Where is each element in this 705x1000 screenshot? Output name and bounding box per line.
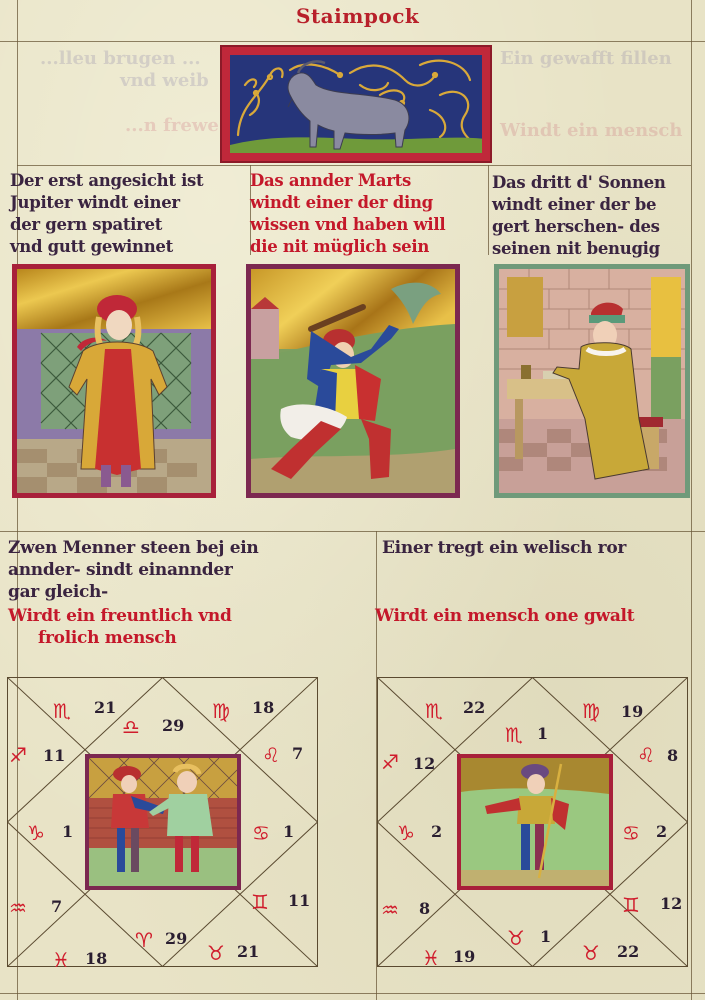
caption-line: Zwen Menner steen bej ein (8, 537, 258, 559)
zodiac-sign: ♓ (52, 950, 70, 970)
show-through-text: vnd weib (120, 70, 209, 91)
zodiac-sign: ♌ (262, 745, 280, 765)
house-degree: 1 (62, 823, 73, 841)
prognosis-line: frolich mensch (8, 627, 232, 649)
caption-line: windt einer der be (492, 194, 666, 216)
mars-caption: Das annder Marts windt einer der ding wi… (250, 170, 445, 258)
zodiac-sign: ♉ (582, 943, 600, 963)
caption-line: annder- sindt einannder (8, 559, 258, 581)
house-degree: 29 (162, 717, 184, 735)
zodiac-sign: ♏ (53, 701, 71, 721)
show-through-text: ...lleu brugen ... (40, 48, 201, 69)
right-section-caption: Einer tregt ein welisch ror (382, 537, 626, 559)
rule-panel-top (17, 165, 691, 166)
zodiac-sign: ♍ (212, 701, 230, 721)
manuscript-page: ...lleu brugen ... vnd weib ...n frewe E… (0, 0, 705, 1000)
zodiac-sign: ♉ (207, 943, 225, 963)
left-horoscope-chart: ♏ 21 ♎ 29 ♍ 18 ♐ 11 ♌ 7 ♑ 1 ♋ 1 ♒ 7 ♊ 11… (7, 677, 318, 967)
zodiac-sign: ♐ (381, 752, 399, 772)
right-section-prognosis: Wirdt ein mensch one gwalt (375, 605, 634, 627)
zodiac-sign: ♑ (397, 823, 415, 843)
zodiac-sign: ♏ (505, 725, 523, 745)
rule-panel-sep-2 (488, 165, 489, 255)
house-degree: 19 (621, 703, 643, 721)
house-degree: 2 (656, 823, 667, 841)
zodiac-sign: ♋ (252, 823, 270, 843)
caption-line: wissen vnd haben will (250, 214, 445, 236)
show-through-text: Ein gewafft fillen (500, 48, 672, 69)
house-degree: 21 (94, 699, 116, 717)
zodiac-sign: ♎ (122, 717, 140, 737)
right-horoscope-illustration (457, 754, 613, 890)
sun-illustration (494, 264, 690, 498)
zodiac-sign: ♊ (622, 895, 640, 915)
caption-line: windt einer der ding (250, 192, 445, 214)
house-degree: 18 (252, 699, 274, 717)
house-degree: 1 (537, 725, 548, 743)
rule-bottom (0, 993, 705, 994)
two-men-figure-icon (89, 758, 237, 886)
zodiac-sign: ♉ (507, 928, 525, 948)
caption-line: der gern spatiret (10, 214, 203, 236)
show-through-text: Windt ein mensch (500, 120, 682, 141)
zodiac-sign: ♌ (637, 745, 655, 765)
emblem-ground (230, 55, 482, 153)
house-degree: 12 (660, 895, 682, 913)
sun-caption: Das dritt d' Sonnen windt einer der be g… (492, 172, 666, 260)
house-degree: 12 (413, 755, 435, 773)
left-horoscope-illustration (85, 754, 241, 890)
mars-figure-icon (251, 269, 455, 493)
goat-illustration-icon (230, 55, 482, 153)
capricorn-emblem (220, 45, 492, 163)
zodiac-sign: ♑ (27, 823, 45, 843)
man-with-staff-figure-icon (461, 758, 609, 886)
caption-line: Das annder Marts (250, 170, 445, 192)
house-degree: 29 (165, 930, 187, 948)
left-section-prognosis: Wirdt ein freuntlich vnd frolich mensch (8, 605, 232, 649)
prognosis-line: Wirdt ein mensch one gwalt (375, 605, 634, 627)
caption-line: seinen nit benugig (492, 238, 666, 260)
rule-mid (0, 531, 705, 532)
caption-line: vnd gutt gewinnet (10, 236, 203, 258)
zodiac-sign: ♐ (9, 745, 27, 765)
prognosis-line: Wirdt ein freuntlich vnd (8, 605, 232, 627)
jupiter-figure-icon (17, 269, 211, 493)
caption-line: gar gleich- (8, 581, 258, 603)
caption-line: die nit müglich sein (250, 236, 445, 258)
house-degree: 22 (617, 943, 639, 961)
house-degree: 1 (540, 928, 551, 946)
show-through-text: ...n frewe (125, 115, 219, 136)
house-degree: 2 (431, 823, 442, 841)
zodiac-sign: ♏ (425, 701, 443, 721)
right-horoscope-chart: ♏ 22 ♏ 1 ♍ 19 ♐ 12 ♌ 8 ♑ 2 ♋ 2 ♒ 8 ♊ 12 … (377, 677, 688, 967)
house-degree: 19 (453, 948, 475, 966)
sun-figure-icon (499, 269, 685, 493)
page-title: Staimpock (296, 4, 416, 28)
caption-line: Einer tregt ein welisch ror (382, 537, 626, 559)
house-degree: 1 (283, 823, 294, 841)
caption-line: gert herschen- des (492, 216, 666, 238)
jupiter-illustration (12, 264, 216, 498)
rule-right-margin (691, 0, 692, 1000)
zodiac-sign: ♋ (622, 823, 640, 843)
house-degree: 18 (85, 950, 107, 968)
house-degree: 8 (667, 747, 678, 765)
left-section-caption: Zwen Menner steen bej ein annder- sindt … (8, 537, 258, 603)
house-degree: 22 (463, 699, 485, 717)
house-degree: 8 (419, 900, 430, 918)
caption-line: Der erst angesicht ist (10, 170, 203, 192)
house-degree: 7 (51, 898, 62, 916)
caption-line: Jupiter windt einer (10, 192, 203, 214)
caption-line: Das dritt d' Sonnen (492, 172, 666, 194)
rule-top (0, 41, 705, 42)
house-degree: 7 (292, 745, 303, 763)
jupiter-caption: Der erst angesicht ist Jupiter windt ein… (10, 170, 203, 258)
house-degree: 11 (43, 747, 65, 765)
zodiac-sign: ♊ (251, 892, 269, 912)
zodiac-sign: ♒ (9, 898, 27, 918)
house-degree: 11 (288, 892, 310, 910)
zodiac-sign: ♈ (135, 930, 153, 950)
zodiac-sign: ♓ (422, 948, 440, 968)
zodiac-sign: ♍ (582, 701, 600, 721)
mars-illustration (246, 264, 460, 498)
house-degree: 21 (237, 943, 259, 961)
zodiac-sign: ♒ (381, 900, 399, 920)
